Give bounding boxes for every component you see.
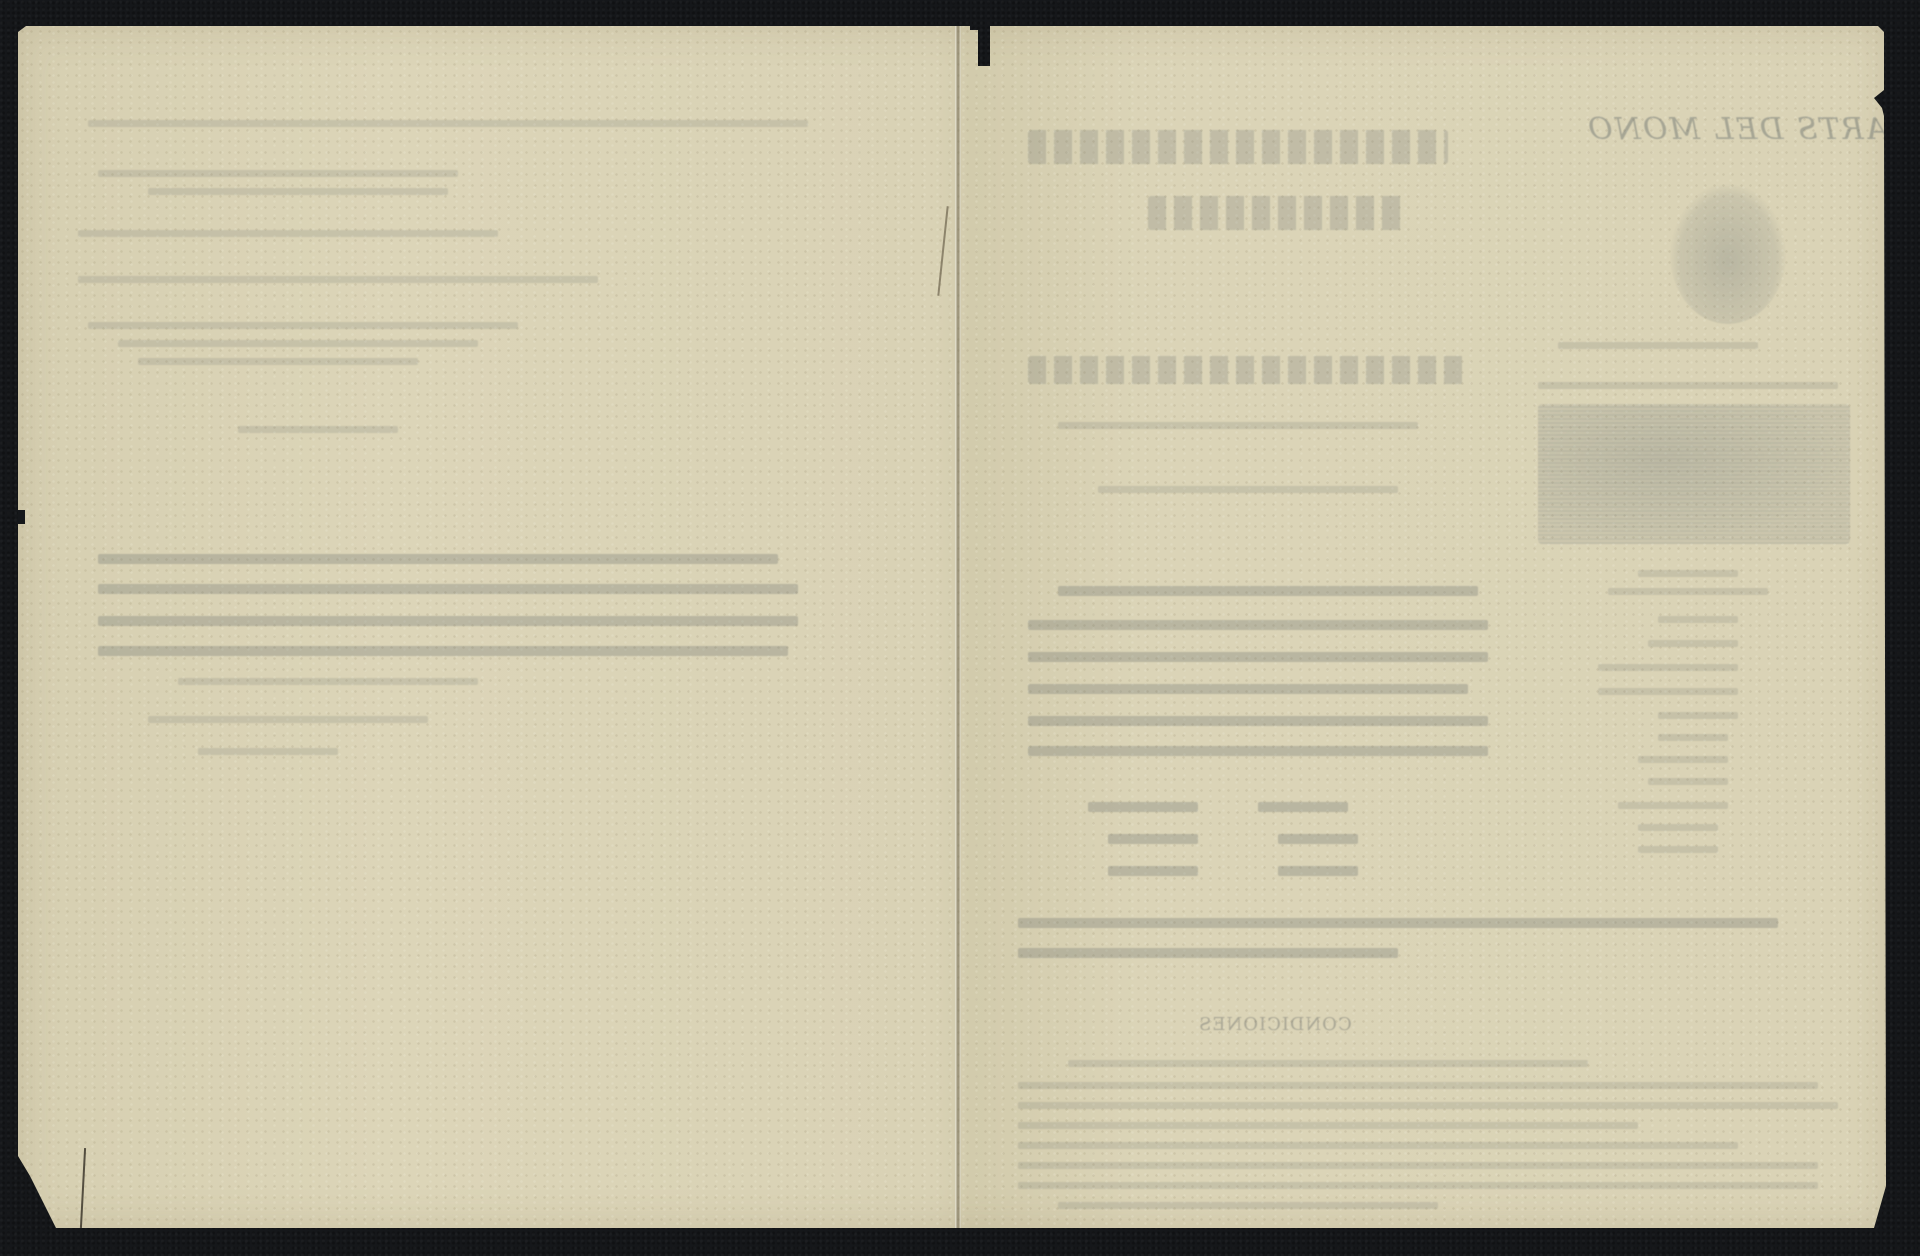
fold-crease [937,206,948,296]
section-heading-bleed: CONDICIONES [1198,1014,1352,1035]
center-fold [955,26,961,1228]
building-engraving-bleed [1538,404,1850,544]
portrait-medallion-bleed [1670,184,1786,324]
paper-sheet: ARTS DEL MONO CONDICIONES [18,26,1886,1228]
masthead-bleed: ARTS DEL MONO [1586,112,1887,147]
left-edge-tear [17,510,25,524]
bottom-left-tear [80,1148,86,1228]
